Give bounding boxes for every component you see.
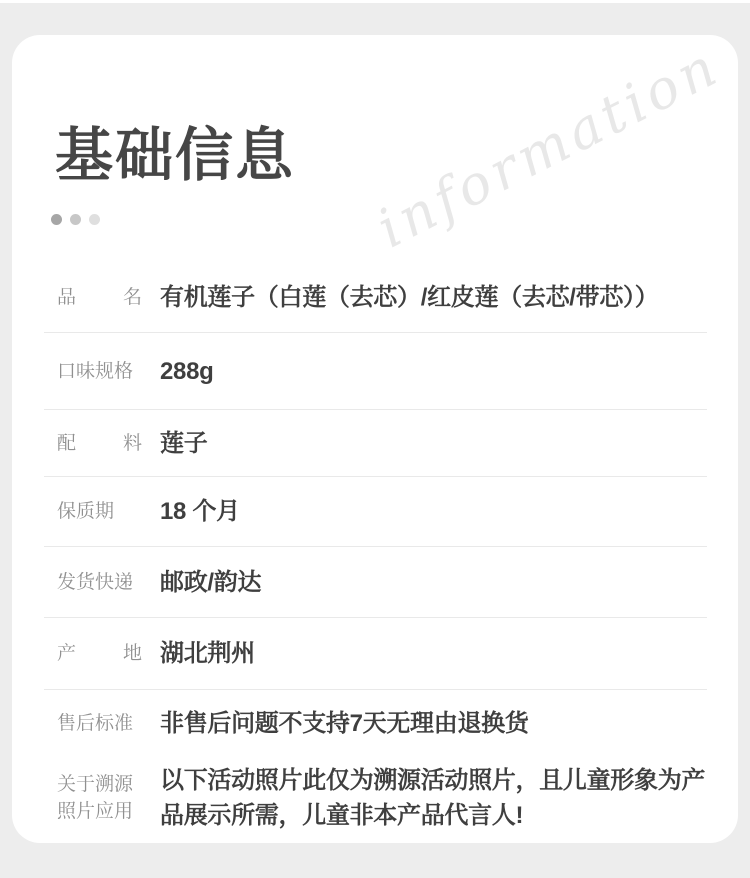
row-label: 发货快递 (57, 569, 142, 596)
row-label: 保质期 (57, 498, 142, 525)
row-label: 配料 (57, 430, 142, 457)
row-value: 莲子 (160, 426, 207, 461)
row-after-sales: 售后标准 非售后问题不支持7天无理由退换货 (44, 690, 707, 757)
row-label: 产地 (57, 640, 142, 667)
row-label: 售后标准 (57, 710, 142, 737)
row-value: 非售后问题不支持7天无理由退换货 (160, 706, 529, 741)
row-value: 18 个月 (160, 494, 240, 529)
row-origin: 产地 湖北荆州 (44, 618, 707, 690)
row-value: 湖北荆州 (160, 636, 255, 671)
row-courier: 发货快递 邮政/韵达 (44, 547, 707, 618)
row-value: 有机莲子（白莲（去芯）/红皮莲（去芯/带芯）） (160, 280, 658, 315)
row-label: 口味规格 (57, 358, 142, 385)
product-info-page: information 基础信息 品名 有机莲子（白莲（去芯）/红皮莲（去芯/带… (0, 0, 750, 878)
decor-dot (51, 214, 62, 225)
section-title: 基础信息 (55, 121, 295, 191)
row-traceability-note: 关于溯源照片应用 以下活动照片此仅为溯源活动照片，且儿童形象为产品展示所需，儿童… (44, 757, 707, 843)
decor-dot (70, 214, 81, 225)
row-value: 288g (160, 354, 214, 389)
previous-card-bottom-edge (0, 0, 750, 3)
decor-dot (89, 214, 100, 225)
row-label: 关于溯源照片应用 (57, 771, 142, 825)
row-spec: 口味规格 288g (44, 333, 707, 410)
basic-info-card: information 基础信息 品名 有机莲子（白莲（去芯）/红皮莲（去芯/带… (12, 35, 738, 843)
row-value: 以下活动照片此仅为溯源活动照片，且儿童形象为产品展示所需，儿童非本产品代言人! (160, 763, 707, 833)
title-underline-dots (51, 214, 100, 225)
row-shelf-life: 保质期 18 个月 (44, 477, 707, 547)
row-value: 邮政/韵达 (160, 565, 261, 600)
information-script-decor: information (367, 38, 721, 262)
row-ingredients: 配料 莲子 (44, 410, 707, 477)
product-spec-table: 品名 有机莲子（白莲（去芯）/红皮莲（去芯/带芯）） 口味规格 288g 配料 … (44, 262, 707, 843)
row-product-name: 品名 有机莲子（白莲（去芯）/红皮莲（去芯/带芯）） (44, 262, 707, 333)
row-label: 品名 (57, 284, 142, 311)
